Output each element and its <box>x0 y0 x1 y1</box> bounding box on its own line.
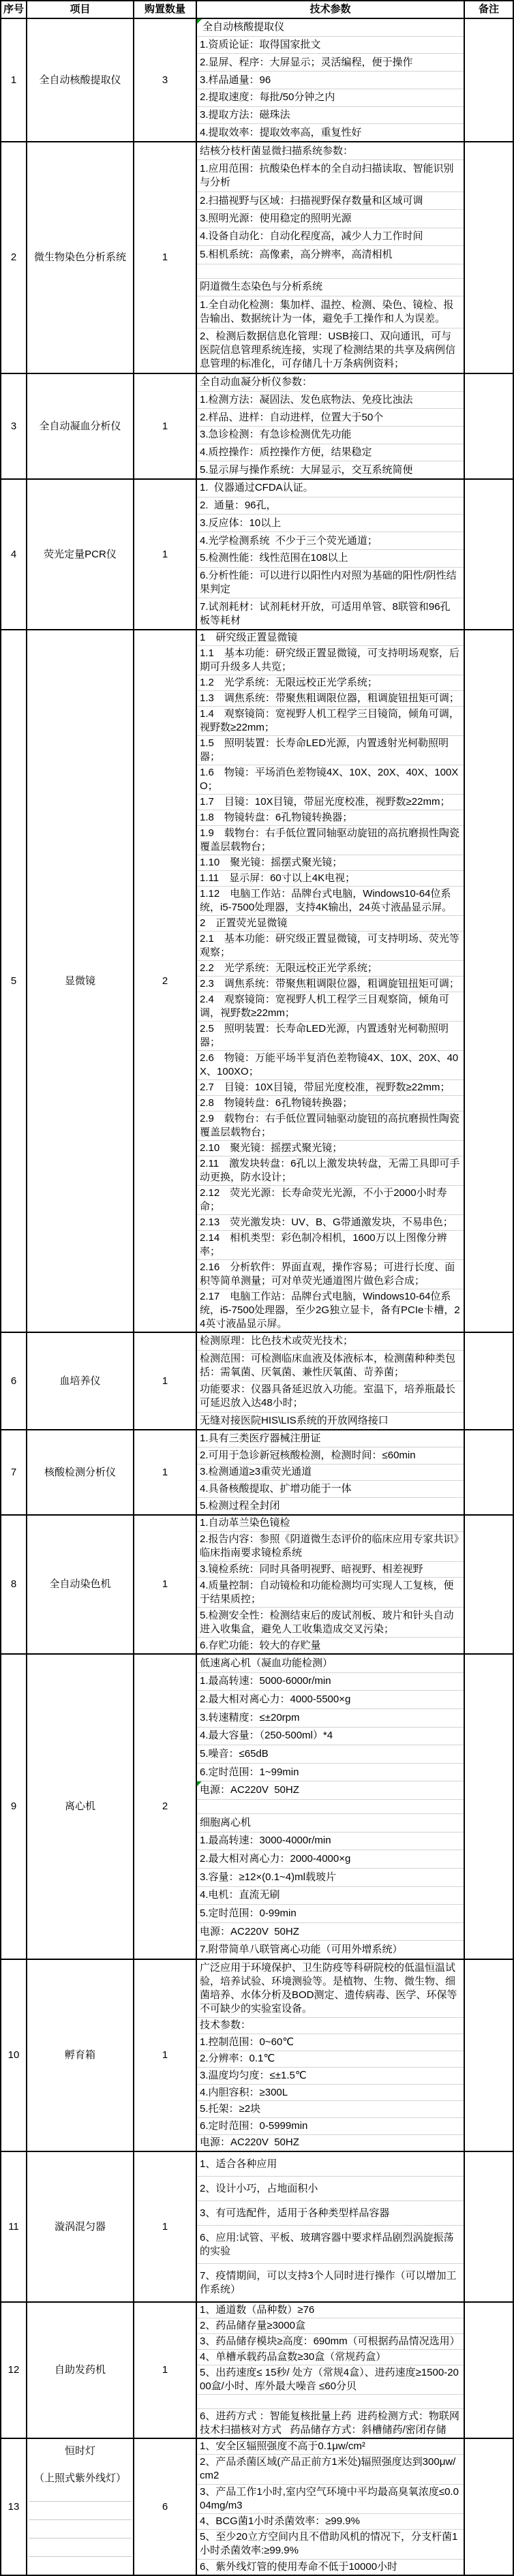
param-cell: 4.内胆容积：≥300L <box>197 2084 464 2101</box>
param-cell: 1.1 基本功能：研究级正置显微镜，可支持明场观察，后期可升级多人共览； <box>197 645 464 675</box>
param-list: 低速离心机（凝血功能检测）1.最高转速：5000-6000r/min2.最大相对… <box>197 1655 465 1959</box>
qty-value: 1 <box>134 1430 197 1514</box>
param-cell: 3.提取方法：磁珠法 <box>197 106 464 124</box>
param-list: 1.自动革兰染色镜检2.报告内容：参照《阴道微生态评价的临床应用专家共识》临床指… <box>197 1516 465 1653</box>
item-name: 漩涡混匀器 <box>27 2152 134 2301</box>
param-cell: 2.10 聚光镜：摇摆式聚光镜； <box>197 1140 464 1156</box>
item-name: 血培养仪 <box>27 1333 134 1429</box>
item-blank-line <box>29 2519 132 2538</box>
item-name: 孵育箱 <box>27 1960 134 2151</box>
qty-value: 1 <box>134 1960 197 2151</box>
table-row: 4荧光定量PCR仪11. 仪器通过CFDA认证。2. 通量：96孔，3.反应体：… <box>1 480 513 630</box>
item-blank-line <box>29 2556 132 2575</box>
row-number: 9 <box>1 1655 27 1959</box>
param-cell: 2、产品杀菌区域(产品正前方1米处)辐照强度达到300μw/cm2 <box>197 2454 464 2483</box>
param-cell: 检测原理：比色技术或荧光技术； <box>197 1333 464 1350</box>
row-number: 11 <box>1 2152 27 2301</box>
param-cell: 2.扫描视野与区域：扫描视野保存数量和区域可调 <box>197 191 464 209</box>
param-list: 1.具有三类医疗器械注册证2.可用于急诊新冠核酸检测，检测时间：≤60min3.… <box>197 1430 465 1514</box>
param-cell: 3.反应体：10以上 <box>197 514 464 532</box>
param-cell: 广泛应用于环境保护、卫生防疫等科研院校的低温恒温试验，培养试验、环境测验等。是植… <box>197 1960 464 2017</box>
note-cell <box>465 19 513 141</box>
item-blank-line <box>29 2501 132 2519</box>
param-cell: 2.5 照明装置：长寿命LED光源，内置透射光柯勒照明器； <box>197 1021 464 1050</box>
param-cell: 4、BCG菌1小时杀菌效率：≥99.9% <box>197 2513 464 2529</box>
param-cell: 6.分析性能：可以进行以阳性内对照为基础的阳性/阴性结果判定 <box>197 567 464 598</box>
item-name-cell: 恒时灯 （上照式紫外线灯） <box>27 2439 134 2575</box>
param-cell: 1.9 载物台：右手低位置同轴驱动旋钮的高抗磨损性陶瓷覆盖层载物台； <box>197 825 464 855</box>
param-cell: 2.分辨率：0.1℃ <box>197 2051 464 2068</box>
param-cell <box>197 2394 464 2408</box>
header-col-item: 项目 <box>27 1 134 18</box>
param-cell: 4.光学检测系统 不少于三个荧光通道； <box>197 532 464 549</box>
table-row: 7核酸检测分析仪11.具有三类医疗器械注册证2.可用于急诊新冠核酸检测，检测时间… <box>1 1430 513 1516</box>
param-cell: 3.急诊检测：有急诊检测优先功能 <box>197 426 464 444</box>
param-cell: 6.定时范围：1~99min <box>197 1763 464 1781</box>
param-cell: 电源：AC220V 50HZ <box>197 1922 464 1941</box>
param-list: 1、适合各种应用2、设计小巧，占地面积小3、有可选配件，适用于各种类型样品容器6… <box>197 2152 465 2301</box>
param-list: 广泛应用于环境保护、卫生防疫等科研院校的低温恒温试验，培养试验、环境测验等。是植… <box>197 1960 465 2151</box>
param-list: 1、通道数（品种数）≥762、药品储存量≥3000盒3、药品储存模块≥高度：69… <box>197 2303 465 2438</box>
param-cell: 5.检测安全性：检测结束后的废试剂板、玻片和针头自动进入收集盒，避免人工收集造成… <box>197 1607 464 1637</box>
param-cell: 2.14 相机类型：彩色制冷相机，1600万以上图像分辨率； <box>197 1230 464 1259</box>
param-cell: 1.最高转速：5000-6000r/min <box>197 1672 464 1691</box>
cell-flag-icon <box>197 19 202 24</box>
param-cell: 2.3 调焦系统：带聚焦粗调限位器，粗调旋钮扭矩可调； <box>197 976 464 992</box>
row-number: 10 <box>1 1960 27 2151</box>
param-cell: 5.显示屏与操作系统：大屏显示，交互系统简便 <box>197 461 464 478</box>
param-cell: 3.样品通量：96 <box>197 71 464 89</box>
note-cell <box>465 630 513 1332</box>
qty-value: 1 <box>134 2152 197 2301</box>
param-cell: 2.16 分析软件：界面直观，操作容易；可进行长度、面积等简单测量；可对单荧光通… <box>197 1259 464 1289</box>
item-name: 全自动染色机 <box>27 1516 134 1653</box>
note-cell <box>465 1516 513 1653</box>
param-cell: 1.5 照明装置：长寿命LED光源，内置透射光柯勒照明器； <box>197 735 464 765</box>
row-number: 1 <box>1 19 27 141</box>
param-cell: 技术参数： <box>197 2017 464 2034</box>
param-cell: 4.设备自动化：自动化程度高，减少人力工作时间 <box>197 228 464 245</box>
item-name: 荧光定量PCR仪 <box>27 480 134 629</box>
param-cell: 2.7 目镜：10X目镜，带屈光度校准，视野数≥22mm； <box>197 1079 464 1095</box>
param-cell: 2 正置荧光显微镜 <box>197 915 464 931</box>
param-cell: 5.检测过程全封闭 <box>197 1497 464 1514</box>
param-cell: 细胞离心机 <box>197 1813 464 1832</box>
param-cell: 1.具有三类医疗器械注册证 <box>197 1430 464 1447</box>
param-cell: 2.13 荧光激发块：UV、B、G带通激发块，不易串色； <box>197 1214 464 1230</box>
qty-value: 1 <box>134 2303 197 2438</box>
param-cell: 1.4 观察镜筒：宽视野人机工程学三目镜筒，倾角可调，视野数≥22mm； <box>197 706 464 735</box>
table-row: 13恒时灯 （上照式紫外线灯）61、安全区辐照强度不高于0.1μw/cm²2、产… <box>1 2439 513 2575</box>
param-cell: 1.3 调焦系统：带聚焦粗调限位器，粗调旋钮扭矩可调； <box>197 690 464 706</box>
row-number: 2 <box>1 142 27 373</box>
qty-value: 1 <box>134 480 197 629</box>
row-number: 8 <box>1 1516 27 1653</box>
param-cell: 7、疫情期间，可以支持3个人同时进行操作（可以增加工作系统） <box>197 2263 464 2301</box>
table-row: 6血培养仪1检测原理：比色技术或荧光技术；检测范围：可检测临床血液及体液标本，检… <box>1 1333 513 1430</box>
param-cell: 结核分枝杆菌显微扫描系统参数： <box>197 142 464 159</box>
param-cell: 4.电机：直流无刷 <box>197 1886 464 1905</box>
param-cell: 7.附带简单八联管离心功能（可用外增系统） <box>197 1940 464 1959</box>
row-number: 12 <box>1 2303 27 2438</box>
param-cell: 6.定时范围：0-5999min <box>197 2117 464 2134</box>
table-row: 2微生物染色分析系统1结核分枝杆菌显微扫描系统参数：1.应用范围：抗酸染色样本的… <box>1 142 513 374</box>
param-cell: 2、检测后数据信息化管理：USB接口、双向通讯，可与医院信息管理系统连接，实现了… <box>197 328 464 373</box>
note-cell <box>465 1333 513 1429</box>
param-cell: 5、至少20立方空间内且不借助风机的情况下，分支杆菌1小时杀菌效率:≥99.9% <box>197 2529 464 2558</box>
item-name: 全自动核酸提取仪 <box>27 19 134 141</box>
item-name: 离心机 <box>27 1655 134 1959</box>
param-cell: 2. 通量：96孔， <box>197 497 464 515</box>
param-cell: 2.最大相对离心力：4000-5500×g <box>197 1690 464 1708</box>
param-list: 全自动血凝分析仪参数：1.检测方法：凝固法、发色底物法、免疫比浊法2.样品、进样… <box>197 374 465 478</box>
table-row: 5显微镜21 研究级正置显微镜1.1 基本功能：研究级正置显微镜，可支持明场观察… <box>1 630 513 1333</box>
param-cell: 5.托架：≥2块 <box>197 2100 464 2117</box>
param-cell: 5、出药速度≤ 15秒/ 处方（常规4盒）、进药速度≥1500-2000盒/小时… <box>197 2365 464 2394</box>
param-cell: 2.9 载物台：右手低位置同轴驱动旋钮的高抗磨损性陶瓷覆盖层载物台； <box>197 1111 464 1140</box>
param-cell: 4、单槽承载药品盒数≥30盒（常规药盒） <box>197 2349 464 2365</box>
item-name: 恒时灯 （上照式紫外线灯） <box>27 2439 133 2485</box>
param-cell: 电源：AC220V 50HZ <box>197 2134 464 2151</box>
param-cell: 无缝对接医院HIS\LIS系统的开放网络接口 <box>197 1412 464 1430</box>
param-list: 1. 仪器通过CFDA认证。2. 通量：96孔，3.反应体：10以上4.光学检测… <box>197 480 465 629</box>
row-number: 6 <box>1 1333 27 1429</box>
param-cell: 1. 仪器通过CFDA认证。 <box>197 480 464 497</box>
param-cell: 2.显屏、程序：大屏显示；灵活编程，便于操作 <box>197 53 464 71</box>
param-cell: 6、紫外线灯管的使用寿命不低于10000小时 <box>197 2559 464 2575</box>
param-cell: 电源：AC220V 50HZ <box>197 1781 464 1799</box>
item-name: 核酸检测分析仪 <box>27 1430 134 1514</box>
param-list: 1、安全区辐照强度不高于0.1μw/cm²2、产品杀菌区域(产品正前方1米处)辐… <box>197 2439 465 2575</box>
table-row: 9离心机2低速离心机（凝血功能检测）1.最高转速：5000-6000r/min2… <box>1 1655 513 1960</box>
qty-value: 1 <box>134 1516 197 1653</box>
table-row: 10孵育箱1广泛应用于环境保护、卫生防疫等科研院校的低温恒温试验，培养试验、环境… <box>1 1960 513 2152</box>
param-cell: 检测范围：可检测临床血液及体液标本，检测菌种种类包括：需氧菌、厌氧菌、兼性厌氧菌… <box>197 1350 464 1381</box>
param-cell: 1.10 聚光镜：摇摆式聚光镜； <box>197 855 464 870</box>
param-cell: 3.温度均匀度：≤±1.5℃ <box>197 2067 464 2084</box>
param-cell: 3.镜检系统：同时具备明视野、暗视野、相差视野 <box>197 1561 464 1578</box>
param-cell: 2.提取速度：每批/50分钟之内 <box>197 89 464 106</box>
row-number: 3 <box>1 374 27 478</box>
param-list: 全自动核酸提取仪1.资质论证：取得国家批文2.显屏、程序：大屏显示；灵活编程，便… <box>197 19 465 141</box>
note-cell <box>465 2152 513 2301</box>
item-spacer <box>27 2485 133 2501</box>
note-cell <box>465 480 513 629</box>
param-cell: 4.质量控制：自动镜检和功能检测均可实现人工复核，便于结果质控； <box>197 1577 464 1607</box>
param-cell: 1.应用范围：抗酸染色样本的全自动扫描读取、智能识别与分析 <box>197 159 464 191</box>
param-cell: 7.试剂耗材：试剂耗材开放，可适用单管、8联管和96孔板等耗材 <box>197 598 464 629</box>
item-blank-line <box>29 2538 132 2556</box>
cell-flag-icon <box>197 1781 202 1786</box>
table-row: 3全自动凝血分析仪1全自动血凝分析仪参数：1.检测方法：凝固法、发色底物法、免疫… <box>1 374 513 480</box>
row-number: 7 <box>1 1430 27 1514</box>
qty-value: 6 <box>134 2439 197 2575</box>
param-list: 检测原理：比色技术或荧光技术；检测范围：可检测临床血液及体液标本，检测菌种种类包… <box>197 1333 465 1429</box>
param-cell: 1.自动革兰染色镜检 <box>197 1516 464 1531</box>
param-cell: 1.检测方法：凝固法、发色底物法、免疫比浊法 <box>197 391 464 409</box>
param-cell: 2.报告内容：参照《阴道微生态评价的临床应用专家共识》临床指南要求镜检系统 <box>197 1531 464 1561</box>
table-row: 12自助发药机11、通道数（品种数）≥762、药品储存量≥3000盒3、药品储存… <box>1 2303 513 2439</box>
note-cell <box>465 142 513 373</box>
param-cell: 2、药品储存量≥3000盒 <box>197 2318 464 2333</box>
param-cell: 2.样品、进样：自动进样，位置大于50个 <box>197 408 464 426</box>
param-cell: 4.最大容量：（250-500ml）*4 <box>197 1727 464 1745</box>
param-cell: 2.6 物镜：万能平场半复消色差物镜4X、10X、20X、40X、100XO； <box>197 1050 464 1079</box>
note-cell <box>465 1430 513 1514</box>
param-cell: 2.2 光学系统：无限远校正光学系统； <box>197 960 464 976</box>
param-cell: 1.控制范围：0~60℃ <box>197 2034 464 2051</box>
qty-value: 2 <box>134 630 197 1332</box>
qty-value: 2 <box>134 1655 197 1959</box>
param-cell: 2.1 基本功能：研究级正置显微镜，可支持明场、荧光等观察； <box>197 931 464 960</box>
param-cell: 3.容量：≥12×(0.1~4)ml载玻片 <box>197 1868 464 1886</box>
param-cell: 2.17 电脑工作站：品牌台式电脑，Windows10-64位系统，i5-750… <box>197 1289 464 1332</box>
spec-table: 序号 项目 购置数量 技术参数 备注 1全自动核酸提取仪3 全自动核酸提取仪1.… <box>0 0 514 2576</box>
param-cell: 2.最大相对离心力：2000-4000×g <box>197 1850 464 1868</box>
qty-value: 1 <box>134 142 197 373</box>
param-list: 结核分枝杆菌显微扫描系统参数：1.应用范围：抗酸染色样本的全自动扫描读取、智能识… <box>197 142 465 373</box>
param-cell: 1 研究级正置显微镜 <box>197 630 464 645</box>
param-list: 1 研究级正置显微镜1.1 基本功能：研究级正置显微镜，可支持明场观察，后期可升… <box>197 630 465 1332</box>
item-name: 微生物染色分析系统 <box>27 142 134 373</box>
param-cell: 3、产品工作1小时,室内空气环境中平均最高臭氧浓度≤0.004mg/m3 <box>197 2484 464 2513</box>
header-col-params: 技术参数 <box>197 1 465 18</box>
param-cell: 6、应用:试管、平板、玻璃容器中要求样品剧烈涡旋振荡的实验 <box>197 2225 464 2263</box>
param-cell <box>197 1799 464 1813</box>
param-cell: 6、进药方式 ：智能复核批量上药 进药检测方式：物联网技术扫描核对方式 药品储存… <box>197 2408 464 2438</box>
table-row: 1全自动核酸提取仪3 全自动核酸提取仪1.资质论证：取得国家批文2.显屏、程序：… <box>1 19 513 142</box>
param-cell: 阴道微生态染色与分析系统 <box>197 278 464 296</box>
param-cell: 2.11 激发块转盘：6孔以上激发块转盘，无需工具即可手动更换，防水设计； <box>197 1156 464 1185</box>
note-cell <box>465 1655 513 1959</box>
param-cell: 1.6 物镜：平场消色差物镜4X、10X、20X、40X、100XO； <box>197 765 464 794</box>
param-cell: 1.12 电脑工作站：品牌台式电脑，Windows10-64位系统，i5-750… <box>197 886 464 915</box>
header-col-no: 序号 <box>1 1 27 18</box>
param-cell: 4.质控操作：质控操作方便，结果稳定 <box>197 444 464 461</box>
param-cell: 全自动血凝分析仪参数： <box>197 374 464 391</box>
qty-value: 3 <box>134 19 197 141</box>
param-cell: 1、通道数（品种数）≥76 <box>197 2303 464 2318</box>
param-cell: 4.具备核酸提取、扩增功能于一体 <box>197 1480 464 1497</box>
table-header-row: 序号 项目 购置数量 技术参数 备注 <box>1 1 513 19</box>
note-cell <box>465 2439 513 2575</box>
table-row: 11漩涡混匀器11、适合各种应用2、设计小巧，占地面积小3、有可选配件，适用于各… <box>1 2152 513 2303</box>
param-cell: 2.可用于急诊新冠核酸检测，检测时间：≤60min <box>197 1447 464 1464</box>
item-name: 全自动凝血分析仪 <box>27 374 134 478</box>
param-cell: 3、有可选配件，适用于各种类型样品容器 <box>197 2201 464 2225</box>
param-cell: 1.最高转速：3000-4000r/min <box>197 1832 464 1850</box>
param-cell: 1.全自动化检测：集加样、温控、检测、染色、镜检、报告输出、数据统计为一体，避免… <box>197 296 464 327</box>
param-cell: 功能要求：仪器具备延迟放入功能。室温下，培养瓶最长可延迟放入达48小时； <box>197 1381 464 1412</box>
param-cell: 6.存贮功能：较大的存贮量 <box>197 1637 464 1653</box>
param-cell: 1.8 物镜转盘：6孔物镜转换器； <box>197 810 464 825</box>
param-cell: 低速离心机（凝血功能检测） <box>197 1655 464 1672</box>
param-cell: 2、设计小巧，占地面积小 <box>197 2176 464 2201</box>
param-cell: 3.照明光源：使用稳定的照明光源 <box>197 209 464 227</box>
qty-value: 1 <box>134 1333 197 1429</box>
param-cell: 1、适合各种应用 <box>197 2152 464 2176</box>
param-cell: 1.11 显示屏：60寸以上4K电视； <box>197 870 464 886</box>
item-name: 自助发药机 <box>27 2303 134 2438</box>
param-cell: 4.提取效率：提取效率高，重复性好 <box>197 123 464 141</box>
param-cell: 3.转速精度：≤±20rpm <box>197 1708 464 1727</box>
note-cell <box>465 374 513 478</box>
header-col-qty: 购置数量 <box>134 1 197 18</box>
param-cell: 全自动核酸提取仪 <box>197 19 464 36</box>
param-cell: 2.12 荧光光源：长寿命荧光光源，不小于2000小时寿命； <box>197 1185 464 1214</box>
param-cell: 3.检测通道≥3重荧光通道 <box>197 1464 464 1481</box>
table-row: 8全自动染色机11.自动革兰染色镜检2.报告内容：参照《阴道微生态评价的临床应用… <box>1 1516 513 1655</box>
param-cell: 1.7 目镜：10X目镜，带屈光度校准，视野数≥22mm； <box>197 794 464 810</box>
param-cell: 2.8 物镜转盘：6孔物镜转换器； <box>197 1095 464 1111</box>
note-cell <box>465 1960 513 2151</box>
qty-value: 1 <box>134 374 197 478</box>
param-cell: 1.2 光学系统：无限远校正光学系统； <box>197 675 464 690</box>
param-cell <box>197 264 464 278</box>
param-cell: 3、药品储存模块≥高度：690mm（可根据药品情况选用） <box>197 2333 464 2349</box>
param-cell: 1、安全区辐照强度不高于0.1μw/cm² <box>197 2439 464 2454</box>
note-cell <box>465 2303 513 2438</box>
param-cell: 5.噪音：≤65dB <box>197 1745 464 1763</box>
item-name: 显微镜 <box>27 630 134 1332</box>
param-cell: 5.定时范围：0-99min <box>197 1904 464 1922</box>
param-cell: 5.相机系统：高像素，高分辨率，高清相机 <box>197 245 464 263</box>
row-number: 4 <box>1 480 27 629</box>
param-cell: 5.检测性能：线性范围在108以上 <box>197 549 464 567</box>
row-number: 5 <box>1 630 27 1332</box>
param-cell: 2.4 观察镜筒：宽视野人机工程学三目观察筒，倾角可调，视野数≥22mm； <box>197 992 464 1021</box>
header-col-note: 备注 <box>465 1 513 18</box>
param-cell: 1.资质论证：取得国家批文 <box>197 36 464 54</box>
row-number: 13 <box>1 2439 27 2575</box>
